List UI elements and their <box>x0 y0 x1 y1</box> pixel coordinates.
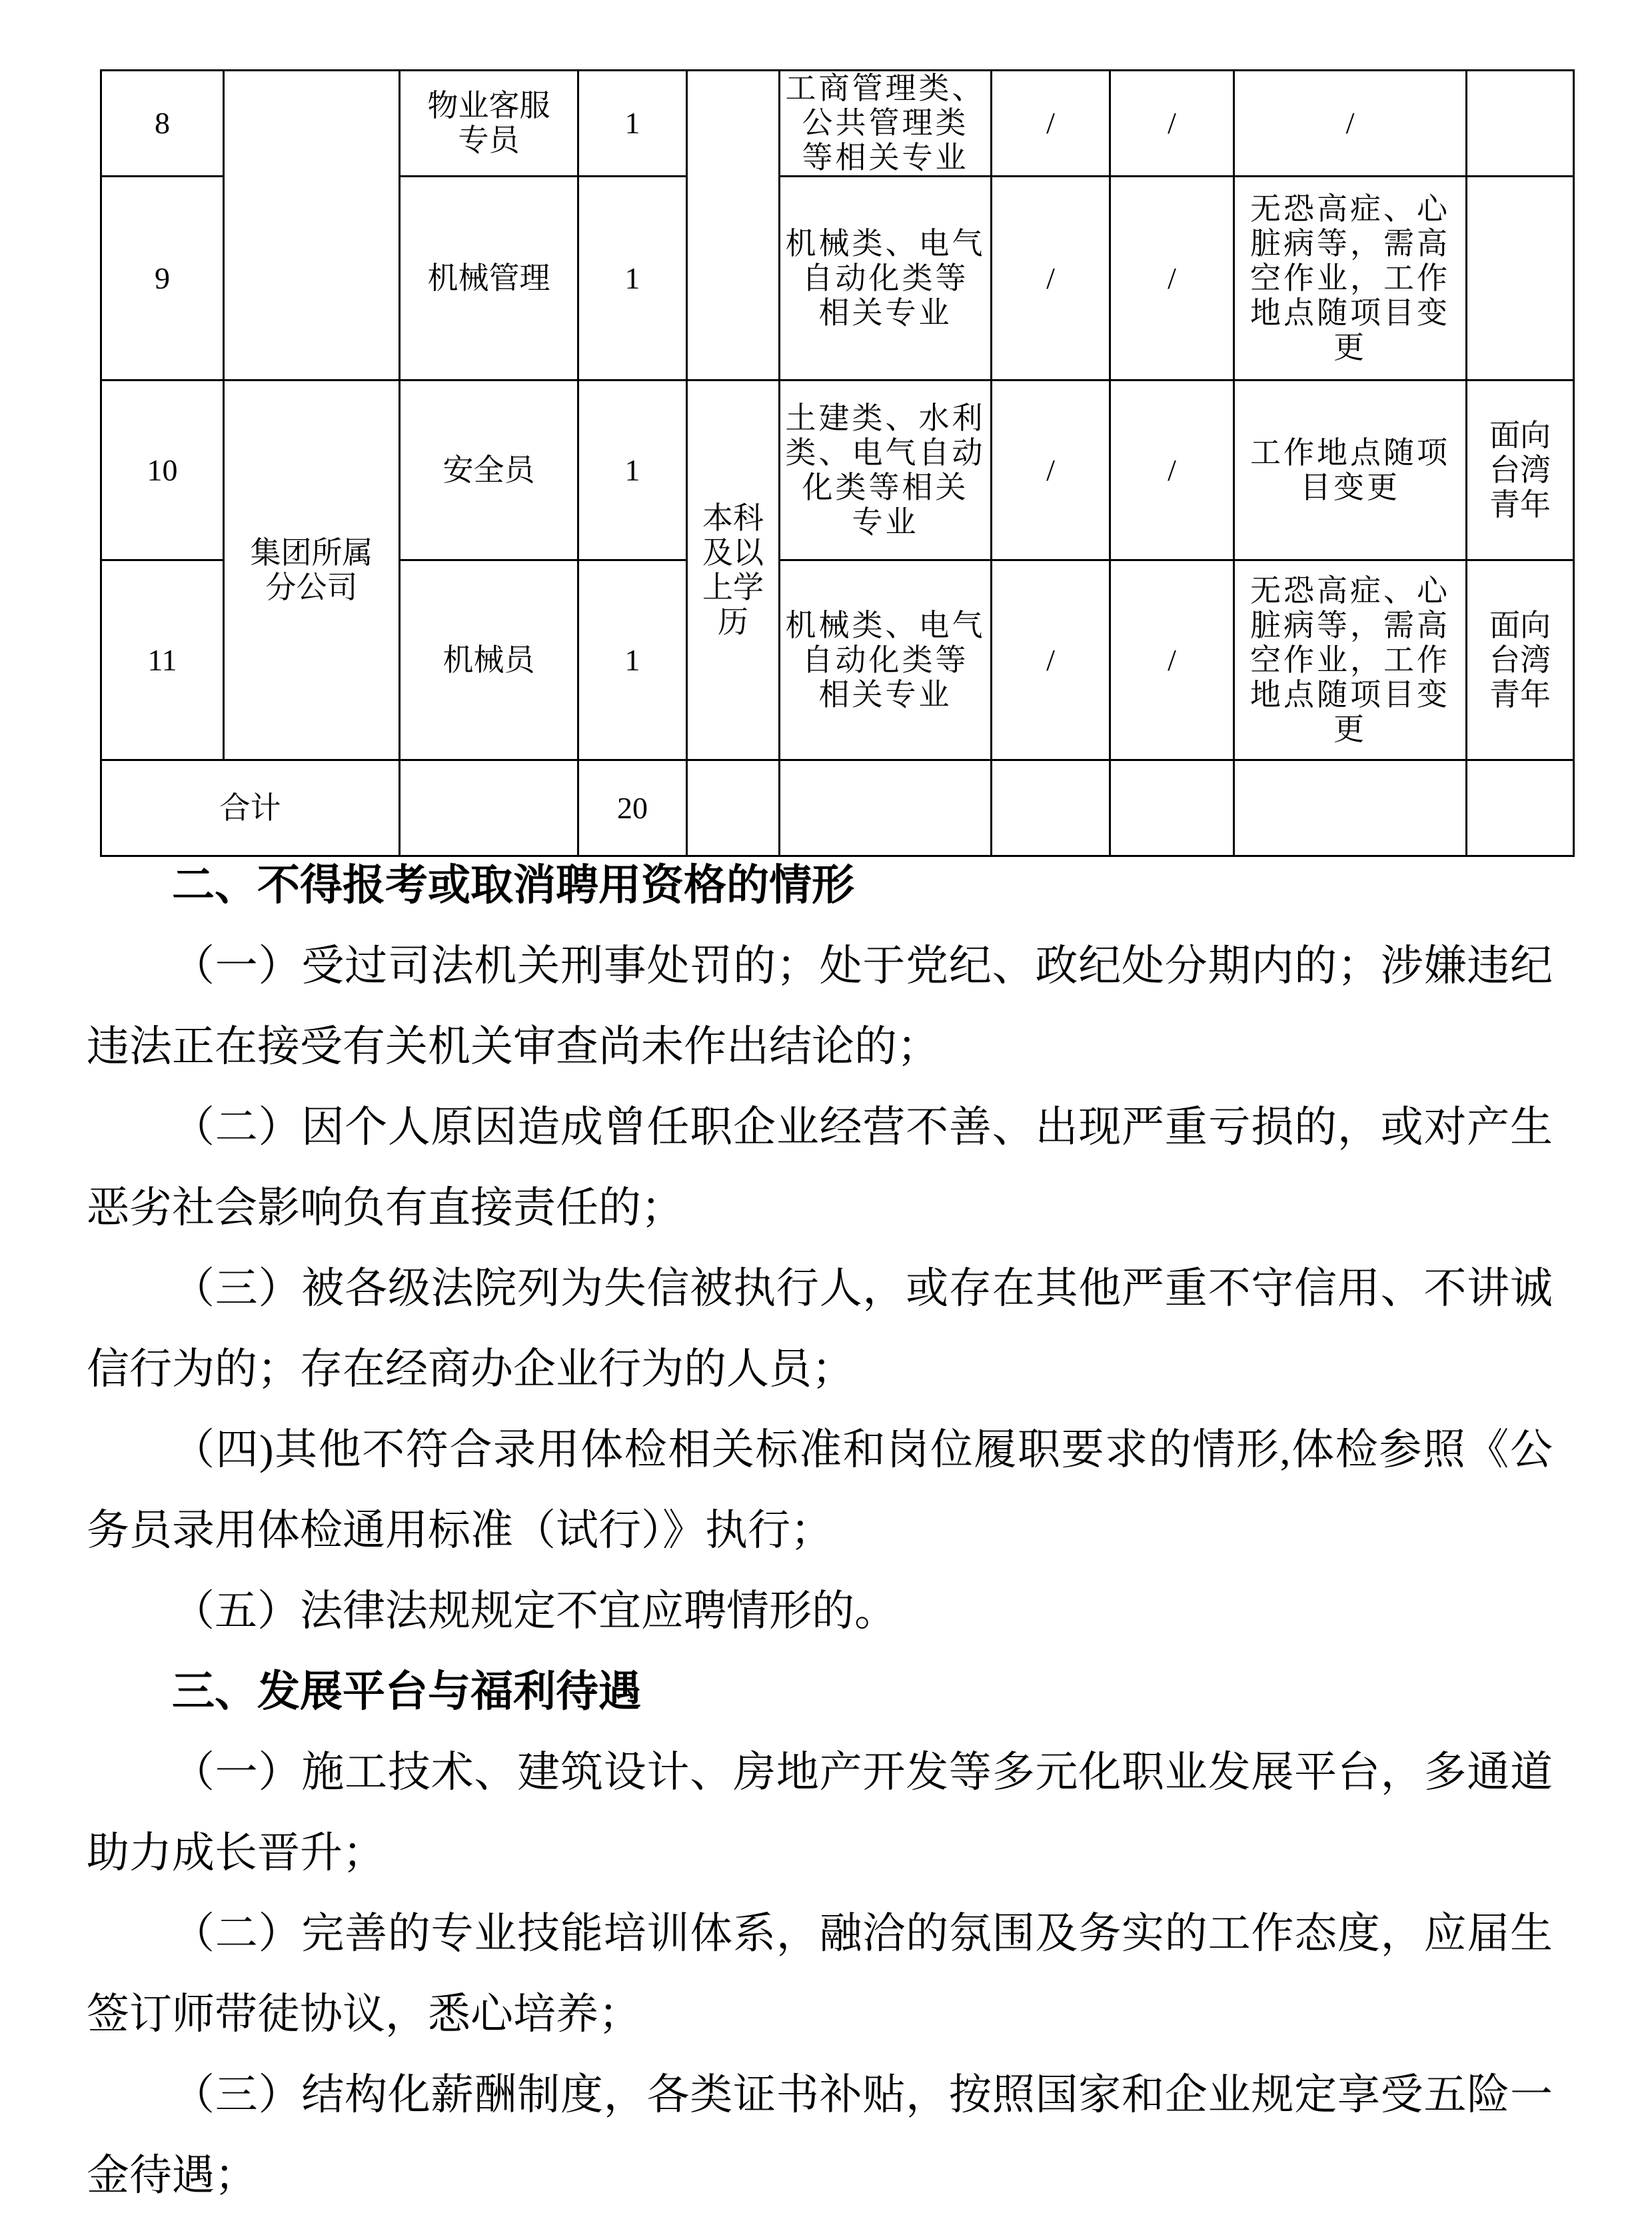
cell-total-position-empty <box>400 760 578 856</box>
cell-count-11: 1 <box>578 560 687 760</box>
cell-count-9: 1 <box>578 177 687 380</box>
cell-majors-11: 机械类、电气 自动化类等 相关专业 <box>780 560 992 760</box>
cell-slash1-11: / <box>992 560 1110 760</box>
para-3-3-line-2: 金待遇； <box>87 2135 1553 2216</box>
cell-majors-8: 工商管理类、 公共管理类 等相关专业 <box>780 71 992 177</box>
cell-notes-9: 无恐高症、心 脏病等，需高 空作业，工作 地点随项目变 更 <box>1234 177 1467 380</box>
cell-slash2-10: / <box>1110 380 1234 560</box>
cell-total-empty-5 <box>1234 760 1467 856</box>
cell-audience-11: 面向 台湾 青年 <box>1467 560 1574 760</box>
section-2-heading: 二、不得报考或取消聘用资格的情形 <box>87 845 1553 926</box>
para-2-2-line-2: 恶劣社会影响负有直接责任的； <box>87 1167 1553 1248</box>
cell-notes-10: 工作地点随项 目变更 <box>1234 380 1467 560</box>
document-page: 8 物业客服 专员 1 工商管理类、 公共管理类 等相关专业 / / / 9 机… <box>0 0 1652 2229</box>
cell-no-9: 9 <box>101 177 224 380</box>
cell-count-10: 1 <box>578 380 687 560</box>
cell-company-rows-10-11: 集团所属 分公司 <box>224 380 400 760</box>
cell-audience-8 <box>1467 71 1574 177</box>
cell-total-empty-1 <box>687 760 780 856</box>
cell-total-empty-6 <box>1467 760 1574 856</box>
cell-majors-10: 土建类、水利 类、电气自动 化类等相关 专业 <box>780 380 992 560</box>
cell-audience-9 <box>1467 177 1574 380</box>
cell-audience-10: 面向 台湾 青年 <box>1467 380 1574 560</box>
para-3-1-line-2: 助力成长晋升； <box>87 1813 1553 1893</box>
cell-slash2-11: / <box>1110 560 1234 760</box>
cell-count-8: 1 <box>578 71 687 177</box>
cell-position-8: 物业客服 专员 <box>400 71 578 177</box>
cell-total-empty-2 <box>780 760 992 856</box>
para-2-1-line-1: （一）受过司法机关刑事处罚的；处于党纪、政纪处分期内的；涉嫌违纪 <box>87 926 1553 1006</box>
para-2-3-line-2: 信行为的；存在经商办企业行为的人员； <box>87 1329 1553 1409</box>
cell-total-empty-4 <box>1110 760 1234 856</box>
cell-total-count: 20 <box>578 760 687 856</box>
para-3-2-line-2: 签订师带徒协议，悉心培养； <box>87 1974 1553 2054</box>
cell-education-rows-10-11: 本科 及以 上学 历 <box>687 380 780 760</box>
cell-company-rows-8-9 <box>224 71 400 380</box>
table-row-8: 8 物业客服 专员 1 工商管理类、 公共管理类 等相关专业 / / / <box>101 71 1574 177</box>
cell-notes-8: / <box>1234 71 1467 177</box>
cell-no-11: 11 <box>101 560 224 760</box>
cell-slash2-8: / <box>1110 71 1234 177</box>
cell-position-11: 机械员 <box>400 560 578 760</box>
para-2-5-line-1: （五）法律法规规定不宜应聘情形的。 <box>87 1571 1553 1651</box>
para-2-3-line-1: （三）被各级法院列为失信被执行人，或存在其他严重不守信用、不讲诚 <box>87 1248 1553 1329</box>
cell-position-9: 机械管理 <box>400 177 578 380</box>
section-3-heading: 三、发展平台与福利待遇 <box>87 1651 1553 1732</box>
para-3-3-line-1: （三）结构化薪酬制度，各类证书补贴，按照国家和企业规定享受五险一 <box>87 2054 1553 2135</box>
cell-majors-9: 机械类、电气 自动化类等 相关专业 <box>780 177 992 380</box>
para-2-2-line-1: （二）因个人原因造成曾任职企业经营不善、出现严重亏损的，或对产生 <box>87 1087 1553 1167</box>
cell-slash1-10: / <box>992 380 1110 560</box>
cell-slash1-9: / <box>992 177 1110 380</box>
cell-position-10: 安全员 <box>400 380 578 560</box>
cell-total-label: 合计 <box>101 760 400 856</box>
para-3-1-line-1: （一）施工技术、建筑设计、房地产开发等多元化职业发展平台，多通道 <box>87 1732 1553 1813</box>
table-row-total: 合计 20 <box>101 760 1574 856</box>
cell-slash1-8: / <box>992 71 1110 177</box>
recruitment-positions-table: 8 物业客服 专员 1 工商管理类、 公共管理类 等相关专业 / / / 9 机… <box>100 69 1575 857</box>
document-body: 二、不得报考或取消聘用资格的情形 （一）受过司法机关刑事处罚的；处于党纪、政纪处… <box>87 845 1553 2216</box>
cell-slash2-9: / <box>1110 177 1234 380</box>
table-row-10: 10 集团所属 分公司 安全员 1 本科 及以 上学 历 土建类、水利 类、电气… <box>101 380 1574 560</box>
para-3-2-line-1: （二）完善的专业技能培训体系，融洽的氛围及务实的工作态度，应届生 <box>87 1893 1553 1974</box>
cell-no-10: 10 <box>101 380 224 560</box>
cell-total-empty-3 <box>992 760 1110 856</box>
para-2-1-line-2: 违法正在接受有关机关审查尚未作出结论的； <box>87 1006 1553 1087</box>
cell-no-8: 8 <box>101 71 224 177</box>
cell-notes-11: 无恐高症、心 脏病等，需高 空作业，工作 地点随项目变 更 <box>1234 560 1467 760</box>
para-2-4-line-2: 务员录用体检通用标准（试行）》执行； <box>87 1490 1553 1571</box>
cell-education-rows-8-9 <box>687 71 780 380</box>
para-2-4-line-1: （四)其他不符合录用体检相关标准和岗位履职要求的情形,体检参照《公 <box>87 1409 1553 1490</box>
